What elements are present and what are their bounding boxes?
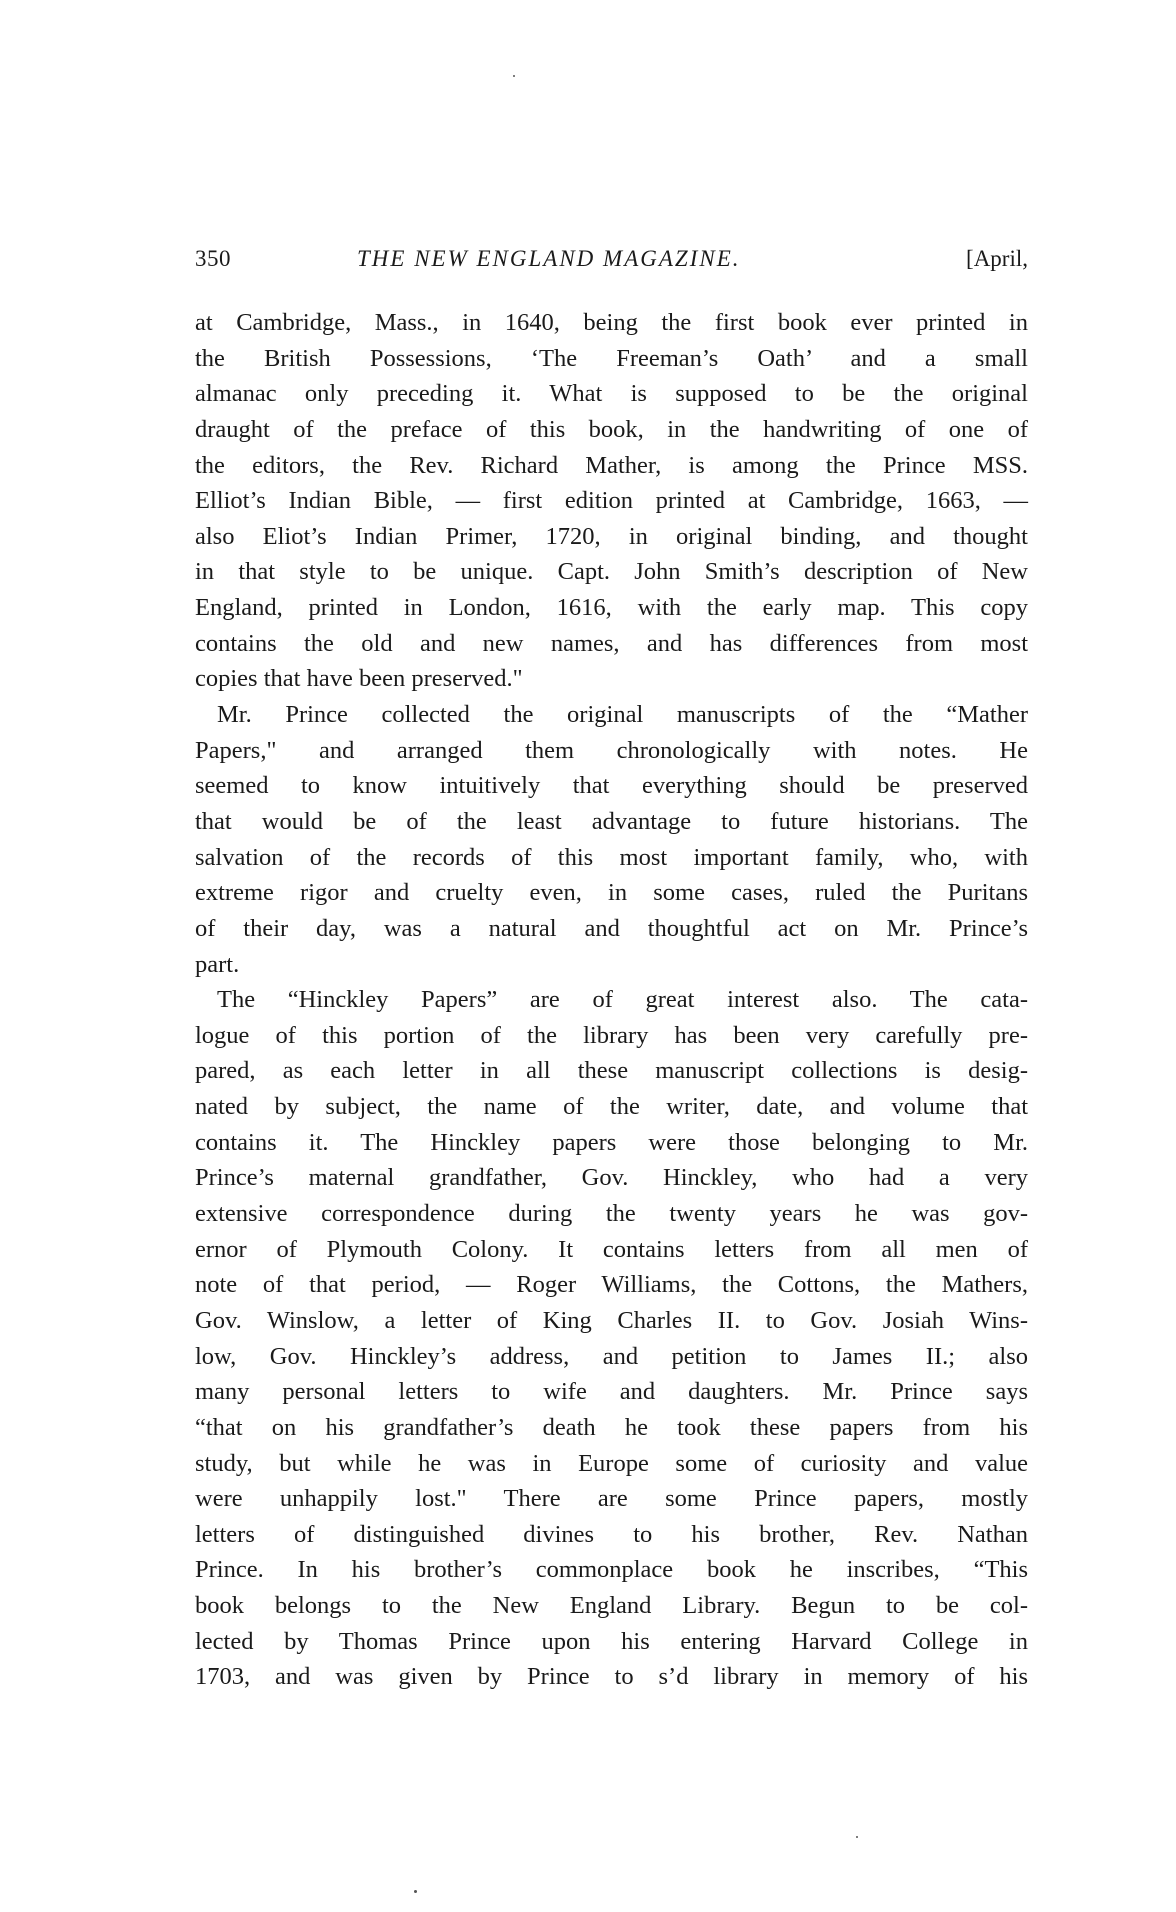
- text-line: Prince. In his brother’s commonplace boo…: [195, 1552, 1028, 1588]
- text-line: letters of distinguished divines to his …: [195, 1517, 1028, 1553]
- running-head: 350 THE NEW ENGLAND MAGAZINE. [April,: [195, 244, 1028, 274]
- text-line: low, Gov. Hinckley’s address, and petiti…: [195, 1339, 1028, 1375]
- text-line: logue of this portion of the library has…: [195, 1018, 1028, 1054]
- text-line: draught of the preface of this book, in …: [195, 412, 1028, 448]
- text-line: extreme rigor and cruelty even, in some …: [195, 875, 1028, 911]
- issue-month: [April,: [966, 244, 1028, 274]
- scan-speck: [414, 1890, 417, 1893]
- text-line: of their day, was a natural and thoughtf…: [195, 911, 1028, 947]
- text-line: were unhappily lost." There are some Pri…: [195, 1481, 1028, 1517]
- text-line: at Cambridge, Mass., in 1640, being the …: [195, 305, 1028, 341]
- text-line: note of that period, — Roger Williams, t…: [195, 1267, 1028, 1303]
- scan-speck: [513, 75, 515, 77]
- page-number: 350: [195, 244, 231, 274]
- text-line: Papers," and arranged them chronological…: [195, 733, 1028, 769]
- text-line: 1703, and was given by Prince to s’d lib…: [195, 1659, 1028, 1695]
- text-line: Mr. Prince collected the original manusc…: [195, 697, 1028, 733]
- text-line: also Eliot’s Indian Primer, 1720, in ori…: [195, 519, 1028, 555]
- text-line: study, but while he was in Europe some o…: [195, 1446, 1028, 1482]
- text-line: pared, as each letter in all these manus…: [195, 1053, 1028, 1089]
- text-line: that would be of the least advantage to …: [195, 804, 1028, 840]
- text-line: almanac only preceding it. What is suppo…: [195, 376, 1028, 412]
- text-line: part.: [195, 947, 1028, 983]
- text-line: nated by subject, the name of the writer…: [195, 1089, 1028, 1125]
- text-line: book belongs to the New England Library.…: [195, 1588, 1028, 1624]
- scanned-page: 350 THE NEW ENGLAND MAGAZINE. [April, at…: [0, 0, 1176, 1912]
- text-line: Elliot’s Indian Bible, — first edition p…: [195, 483, 1028, 519]
- text-line: the British Possessions, ‘The Freeman’s …: [195, 341, 1028, 377]
- text-line: The “Hinckley Papers” are of great inter…: [195, 982, 1028, 1018]
- text-line: Prince’s maternal grandfather, Gov. Hinc…: [195, 1160, 1028, 1196]
- text-line: ernor of Plymouth Colony. It contains le…: [195, 1232, 1028, 1268]
- text-line: contains it. The Hinckley papers were th…: [195, 1125, 1028, 1161]
- article-body: at Cambridge, Mass., in 1640, being the …: [195, 305, 1028, 1695]
- text-line: copies that have been preserved.": [195, 661, 1028, 697]
- text-line: “that on his grandfather’s death he took…: [195, 1410, 1028, 1446]
- text-line: many personal letters to wife and daught…: [195, 1374, 1028, 1410]
- text-line: Gov. Winslow, a letter of King Charles I…: [195, 1303, 1028, 1339]
- text-line: in that style to be unique. Capt. John S…: [195, 554, 1028, 590]
- text-line: the editors, the Rev. Richard Mather, is…: [195, 448, 1028, 484]
- text-line: England, printed in London, 1616, with t…: [195, 590, 1028, 626]
- text-line: salvation of the records of this most im…: [195, 840, 1028, 876]
- text-line: lected by Thomas Prince upon his enterin…: [195, 1624, 1028, 1660]
- text-line: contains the old and new names, and has …: [195, 626, 1028, 662]
- text-line: seemed to know intuitively that everythi…: [195, 768, 1028, 804]
- text-line: extensive correspondence during the twen…: [195, 1196, 1028, 1232]
- scan-speck: [856, 1836, 858, 1838]
- magazine-title: THE NEW ENGLAND MAGAZINE.: [357, 244, 741, 274]
